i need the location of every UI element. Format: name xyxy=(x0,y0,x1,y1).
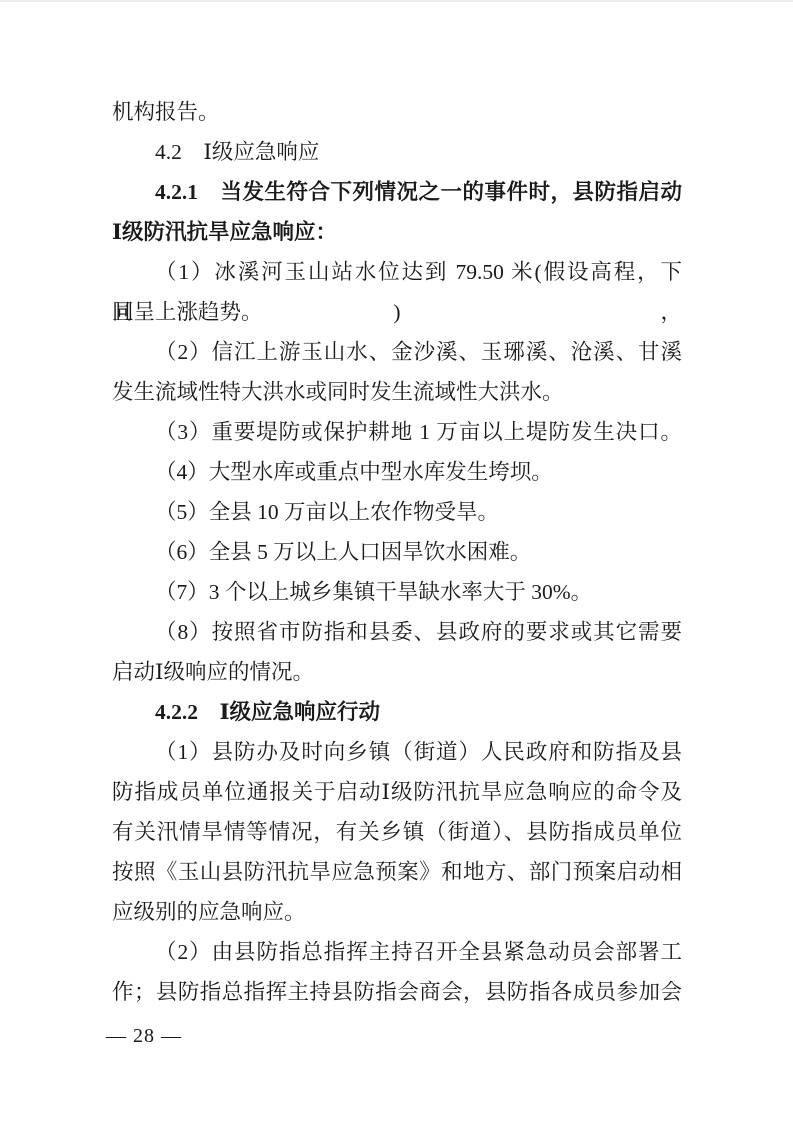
section-4-2-1-heading-line-1: 4.2.1 当发生符合下列情况之一的事件时，县防指启动 xyxy=(112,172,682,212)
action-1-line-4: 按照《玉山县防汛抗旱应急预案》和地方、部门预案启动相 xyxy=(112,852,682,892)
action-2-line-1: （2）由县防指总指挥主持召开全县紧急动员会部署工 xyxy=(112,932,682,972)
action-1-line-3: 有关汛情旱情等情况，有关乡镇（街道）、县防指成员单位 xyxy=(112,812,682,852)
condition-1-line-1: （1）冰溪河玉山站水位达到 79.50 米(假设高程，下同)， xyxy=(112,252,682,292)
condition-8-line-2: 启动Ⅰ级响应的情况。 xyxy=(112,652,682,692)
action-2-line-2: 作；县防指总指挥主持县防指会商会，县防指各成员参加会 xyxy=(112,972,682,1012)
page-top-edge xyxy=(0,0,793,2)
condition-3-line: （3）重要堤防或保护耕地 1 万亩以上堤防发生决口。 xyxy=(112,412,682,452)
condition-4-line: （4）大型水库或重点中型水库发生垮坝。 xyxy=(112,452,682,492)
condition-2-line-2: 发生流域性特大洪水或同时发生流域性大洪水。 xyxy=(112,372,682,412)
action-1-line-5: 应级别的应急响应。 xyxy=(112,892,682,932)
action-1-line-1: （1）县防办及时向乡镇（街道）人民政府和防指及县 xyxy=(112,732,682,772)
page-number: — 28 — xyxy=(106,1022,182,1050)
condition-2-line-1: （2）信江上游玉山水、金沙溪、玉琊溪、沧溪、甘溪 xyxy=(112,332,682,372)
action-1-line-2: 防指成员单位通报关于启动Ⅰ级防汛抗旱应急响应的命令及 xyxy=(112,772,682,812)
section-4-2-heading: 4.2 Ⅰ级应急响应 xyxy=(112,132,682,172)
section-4-2-2-heading: 4.2.2 Ⅰ级应急响应行动 xyxy=(112,692,682,732)
condition-5-line: （5）全县 10 万亩以上农作物受旱。 xyxy=(112,492,682,532)
condition-7-line: （7）3 个以上城乡集镇干旱缺水率大于 30%。 xyxy=(112,572,682,612)
condition-6-line: （6）全县 5 万以上人口因旱饮水困难。 xyxy=(112,532,682,572)
section-4-2-1-heading-line-2: Ⅰ级防汛抗旱应急响应： xyxy=(112,212,682,252)
continuation-line: 机构报告。 xyxy=(112,92,682,132)
document-body: 机构报告。 4.2 Ⅰ级应急响应 4.2.1 当发生符合下列情况之一的事件时，县… xyxy=(112,92,682,1012)
document-page: 机构报告。 4.2 Ⅰ级应急响应 4.2.1 当发生符合下列情况之一的事件时，县… xyxy=(0,0,793,1122)
condition-8-line-1: （8）按照省市防指和县委、县政府的要求或其它需要 xyxy=(112,612,682,652)
